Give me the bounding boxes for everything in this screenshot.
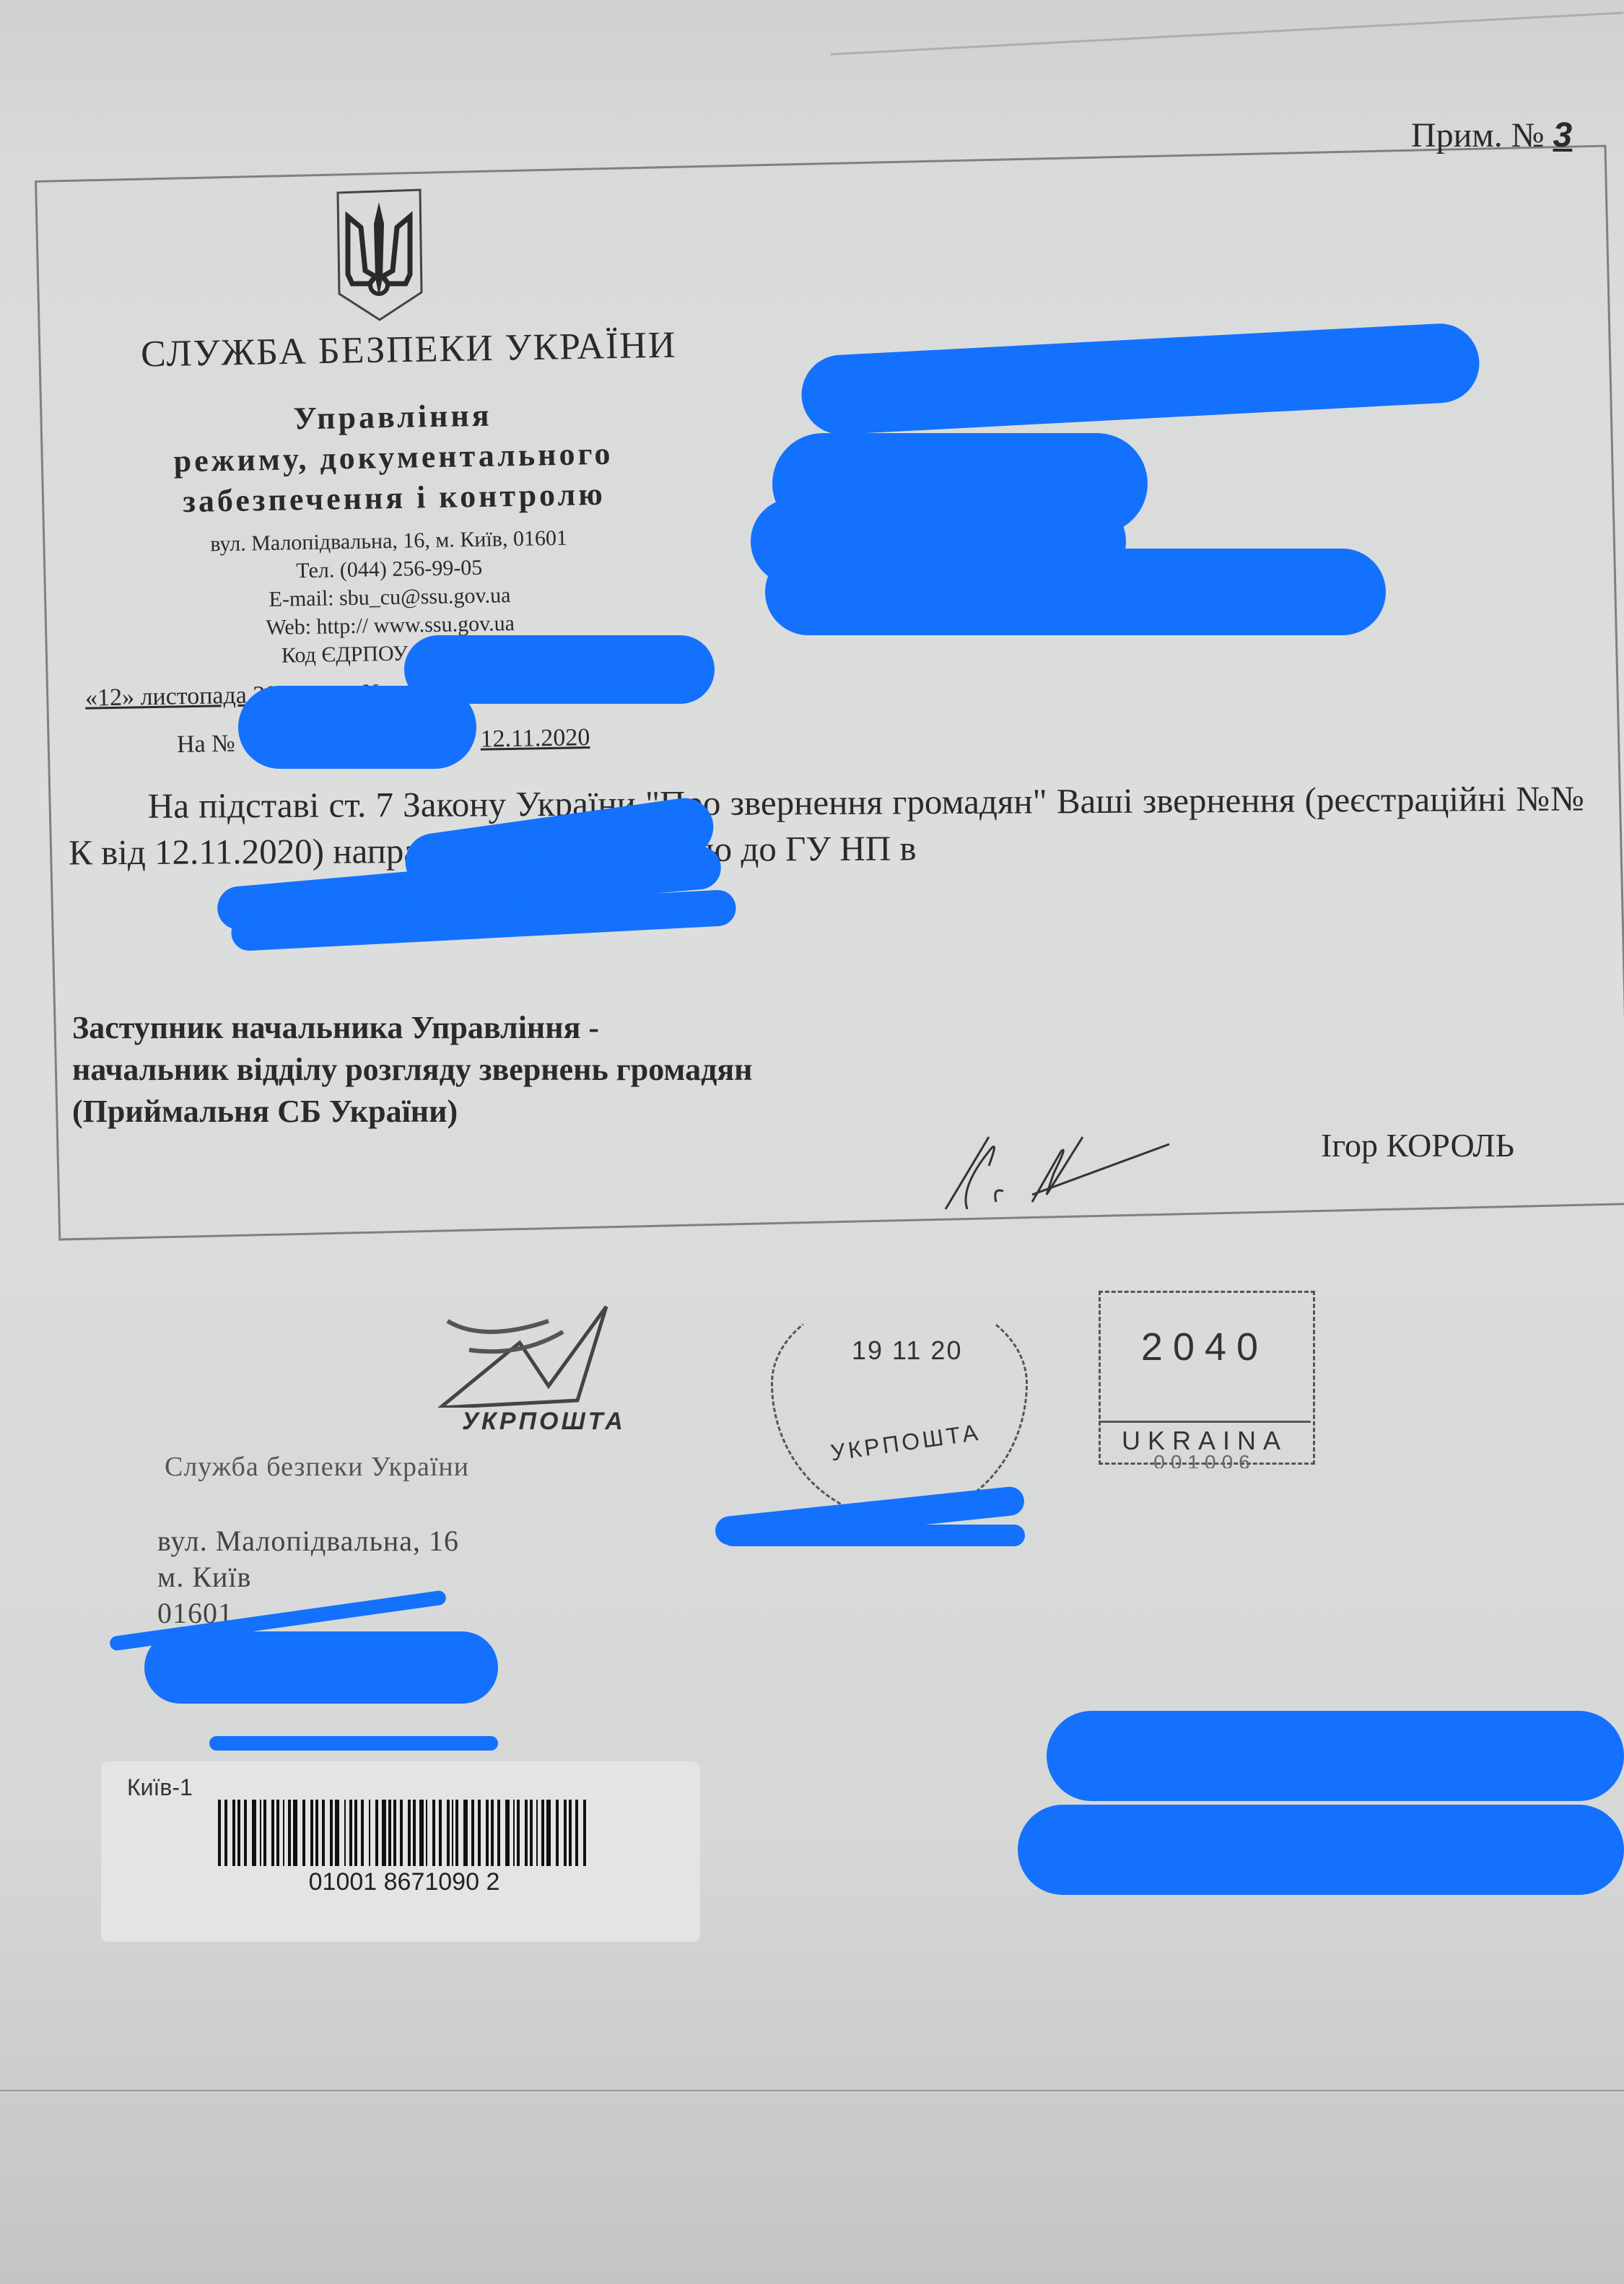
signatory-name: Ігор КОРОЛЬ bbox=[1321, 1126, 1514, 1164]
ukrposhta-brand: УКРПОШТА bbox=[462, 1408, 626, 1436]
postmark-stamp bbox=[771, 1292, 1028, 1520]
redaction-handwriting bbox=[722, 1525, 1025, 1546]
attachment-number: Прим. № 3 bbox=[1411, 115, 1572, 155]
attachment-label: Прим. № bbox=[1411, 116, 1545, 154]
redaction-recipient bbox=[765, 549, 1386, 635]
redaction-sender-extra bbox=[144, 1631, 498, 1704]
attachment-value: 3 bbox=[1553, 116, 1573, 154]
post-office-name: Київ-1 bbox=[127, 1774, 193, 1801]
signatory-title-line: (Приймальня СБ України) bbox=[72, 1091, 753, 1133]
meter-code: 001006 bbox=[1099, 1451, 1311, 1468]
trident-coat-of-arms-icon bbox=[332, 184, 426, 321]
department-block: Управління режиму, документального забез… bbox=[147, 393, 640, 523]
sender-street: вул. Малопідвальна, 16 bbox=[157, 1523, 459, 1559]
handwritten-signature-icon bbox=[938, 1123, 1176, 1224]
redaction-reference-number bbox=[238, 686, 476, 769]
signatory-title-line: начальник відділу розгляду звернень гром… bbox=[72, 1049, 753, 1091]
ukrposhta-logo-icon bbox=[433, 1299, 693, 1408]
sender-city: м. Київ bbox=[157, 1559, 459, 1595]
page-fold-line bbox=[0, 2090, 1624, 2091]
department-line: забезпечення і контролю bbox=[149, 474, 640, 523]
signatory-title: Заступник начальника Управління - началь… bbox=[72, 1007, 753, 1133]
reference-prefix: На № bbox=[177, 731, 235, 758]
sender-name: Служба безпеки України bbox=[165, 1451, 469, 1483]
redaction-recipient-address bbox=[1047, 1711, 1624, 1801]
meter-divider bbox=[1099, 1421, 1311, 1423]
signatory-title-line: Заступник начальника Управління - bbox=[72, 1007, 753, 1049]
postage-value: 2040 bbox=[1099, 1325, 1311, 1369]
tracking-barcode-icon bbox=[218, 1800, 590, 1866]
redaction-recipient-address bbox=[1018, 1805, 1624, 1895]
postmark-date: 19 11 20 bbox=[852, 1335, 962, 1366]
tracking-number: 01001 8671090 2 bbox=[220, 1868, 588, 1896]
letter-body: На підставі ст. 7 Закону України "Про зв… bbox=[69, 776, 1585, 876]
reference-date: 12.11.2020 bbox=[480, 724, 590, 753]
redaction-sender-extra bbox=[209, 1736, 498, 1751]
paper-edge bbox=[831, 12, 1624, 56]
